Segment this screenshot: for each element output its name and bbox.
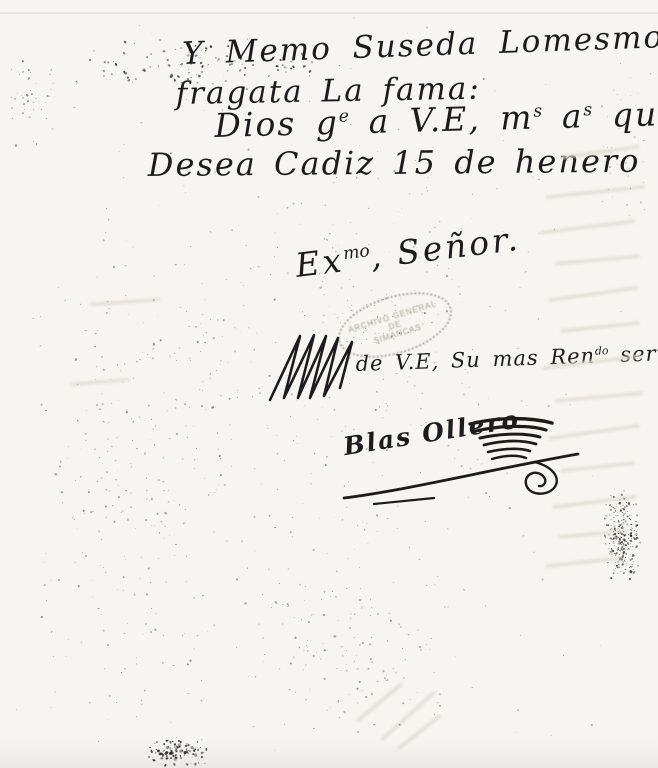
salutation-line: Exmo, Señor. <box>293 219 522 285</box>
superscript: e <box>338 106 349 126</box>
superscript: do <box>595 344 609 357</box>
letter-line-3-text: que <box>592 94 658 135</box>
letter-line-3-text: a V.E, m <box>349 98 535 142</box>
manuscript-page: Y Memo Suseda Lomesmo ala fragata La fam… <box>0 0 658 768</box>
signature-rubric <box>338 408 586 508</box>
salutation-text: , Señor. <box>368 219 523 276</box>
scan-bottom-shade <box>0 740 658 768</box>
letter-line-4-dateline: Desea Cadiz 15 de henero 1734) <box>148 141 658 184</box>
superscript: mo <box>342 241 371 264</box>
salutation-text: Ex <box>293 240 346 285</box>
scan-edge-artifact <box>0 12 658 14</box>
letter-line-3-text: Dios g <box>214 103 339 145</box>
letter-line-3-text: a <box>542 96 584 136</box>
